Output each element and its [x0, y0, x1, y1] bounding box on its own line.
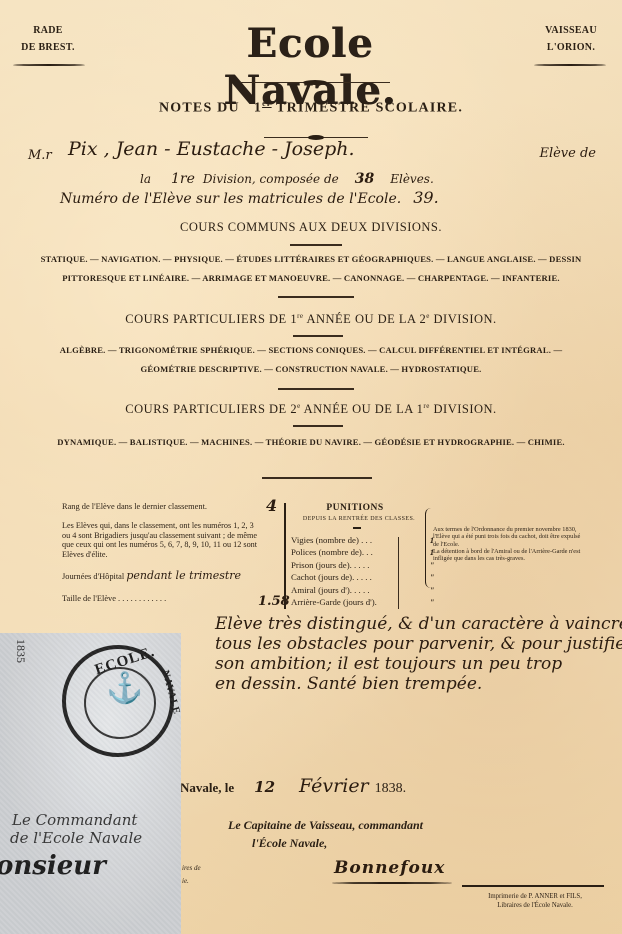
matricule-number: 39. [413, 188, 438, 207]
first-year-courses-line: GÉOMÉTRIE DESCRIPTIVE. — CONSTRUCTION NA… [10, 360, 612, 379]
brace [425, 508, 432, 588]
photo-handwriting-1: Le Commandant [12, 811, 137, 829]
printer-rule [462, 885, 604, 887]
punition-label: Polices (nombre de). . . [291, 546, 419, 558]
common-courses-line: PITTORESQUE ET LINÉAIRE. — ARRIMAGE ET M… [10, 269, 612, 288]
punition-label: Amiral (jours d'). . . . . [291, 584, 419, 596]
divider [278, 296, 354, 298]
printer-line: Imprimerie de P. ANNER et FILS, [455, 892, 615, 901]
left-fragment: ires de ie. [182, 862, 201, 888]
header-left-line2: DE BREST. [18, 39, 78, 56]
division-label: Division, composée de [203, 172, 339, 186]
trimester-heading-post: TRIMESTRE SCOLAIRE. [276, 101, 463, 116]
matricule-line: Numéro de l'Elève sur les matricules de … [60, 188, 580, 210]
margin-fragment: 1835 [13, 639, 28, 663]
punition-value: " [419, 584, 445, 596]
remarks-line: tous les obstacles pour parvenir, & pour… [215, 634, 622, 654]
punitions-notes: Aux termes de l'Ordonnance du premier no… [433, 526, 583, 562]
second-year-courses-line: DYNAMIQUE. — BALISTIQUE. — MACHINES. — T… [10, 433, 612, 452]
stamp-inner-ring [84, 667, 156, 739]
left-fragment-line: ires de [182, 862, 201, 875]
signature-underline [332, 882, 452, 884]
left-fragment-line: ie. [182, 875, 201, 888]
place-prefix: Navale, le [180, 780, 234, 795]
divider [278, 388, 354, 390]
header-left-line1: RADE [18, 22, 78, 39]
punition-label: Cachot (jours de). . . . . [291, 571, 419, 583]
second-year-courses-list: DYNAMIQUE. — BALISTIQUE. — MACHINES. — T… [10, 433, 612, 452]
printer-line: Libraires de l'École Navale. [455, 901, 615, 910]
ornament-swash [534, 62, 606, 68]
anchor-icon: ⚓ [106, 671, 143, 706]
trimester-ordinal: 1 [254, 101, 262, 116]
divider [262, 477, 372, 479]
date-day: 12 [254, 778, 275, 796]
eleves-label: Elèves. [390, 172, 434, 186]
trimester-heading: NOTES DU 1er TRIMESTRE SCOLAIRE. [0, 99, 622, 117]
eleve-de-label: Elève de [539, 146, 596, 161]
remarks-line: Elève très distingué, & d'un caractère à… [215, 614, 622, 634]
divider [290, 244, 342, 246]
divider [293, 335, 343, 337]
ranking-block: Rang de l'Elève dans le dernier classeme… [62, 502, 258, 604]
trimester-heading-pre: NOTES DU [159, 101, 240, 116]
header-left: RADE DE BREST. [18, 22, 78, 68]
punitions-title: PUNITIONS [290, 503, 420, 513]
common-courses-list: STATIQUE. — NAVIGATION. — PHYSIQUE. — ÉT… [10, 250, 612, 288]
signatory-line1: Le Capitaine de Vaisseau, commandant [228, 818, 423, 833]
hopital-line: Journées d'Hôpital pendant le trimestre [62, 571, 258, 582]
photo-handwriting-3: onsieur [0, 851, 106, 881]
printer-credit: Imprimerie de P. ANNER et FILS, Libraire… [455, 892, 615, 910]
mister-prefix: M.r [28, 148, 52, 163]
student-name: Pix , Jean - Eustache - Joseph. [68, 138, 355, 160]
second-year-courses-heading: COURS PARTICULIERS DE 2e ANNÉE OU DE LA … [0, 402, 622, 417]
punitions-subtitle: DEPUIS LA RENTRÉE DES CLASSES. [284, 516, 434, 522]
header-right-line2: L'ORION. [534, 39, 608, 56]
ornament-rule [240, 80, 390, 86]
common-courses-heading: COURS COMMUNS AUX DEUX DIVISIONS. [0, 220, 622, 235]
signature: Bonnefoux [334, 858, 445, 878]
heading-part: DIVISION. [430, 402, 497, 416]
remarks-line: en dessin. Santé bien trempée. [215, 674, 622, 694]
divider [353, 527, 361, 529]
rang-label: Rang de l'Elève dans le dernier classeme… [62, 502, 258, 512]
division-line: la 1re Division, composée de 38 Elèves. [140, 170, 580, 190]
first-year-courses-heading: COURS PARTICULIERS DE 1re ANNÉE OU DE LA… [0, 312, 622, 327]
inset-photo: 1835 ECOLE. NAVALE ⚓ Le Commandant de l'… [0, 633, 181, 934]
remarks: Elève très distingué, & d'un caractère à… [215, 614, 622, 694]
division-number: 1re [171, 171, 195, 187]
punitions-note-1: Aux termes de l'Ordonnance du premier no… [433, 526, 583, 548]
punition-label: Vigies (nombre de) . . . [291, 534, 419, 546]
heading-part: COURS PARTICULIERS DE 2 [125, 402, 297, 416]
heading-part: ANNÉE OU DE LA 2 [304, 312, 427, 326]
heading-part: DIVISION. [430, 312, 497, 326]
school-stamp: ECOLE. NAVALE ⚓ [62, 645, 174, 757]
date-month: Février [299, 775, 369, 797]
divider [293, 425, 343, 427]
ranking-note: Les Elèves qui, dans le classement, ont … [62, 521, 258, 559]
la-label: la [140, 172, 151, 186]
division-count: 38 [355, 171, 374, 187]
stamp-text-side: NAVALE [160, 669, 181, 716]
remarks-line: son ambition; il est toujours un peu tro… [215, 654, 622, 674]
punition-label: Prison (jours de). . . . . [291, 559, 419, 571]
header-right: VAISSEAU L'ORION. [534, 22, 608, 68]
trimester-ordinal-sup: er [262, 99, 272, 108]
first-year-courses-line: ALGÈBRE. — TRIGONOMÉTRIE SPHÉRIQUE. — SE… [10, 341, 612, 360]
student-name-line: M.r Pix , Jean - Eustache - Joseph. Elèv… [28, 138, 608, 168]
punition-label: Arrière-Garde (jours d'). [291, 596, 419, 608]
heading-part: ANNÉE OU DE LA 1 [301, 402, 424, 416]
vertical-rule [398, 537, 399, 609]
hopital-label: Journées d'Hôpital [62, 572, 124, 581]
date-year: 1838. [375, 781, 407, 796]
first-year-courses-list: ALGÈBRE. — TRIGONOMÉTRIE SPHÉRIQUE. — SE… [10, 341, 612, 379]
punition-value: " [419, 571, 445, 583]
stamp-text-top: ECOLE. [93, 644, 157, 679]
hopital-value: pendant le trimestre [126, 569, 241, 582]
taille-label: Taille de l'Elève . . . . . . . . . . . … [62, 594, 258, 604]
common-courses-line: STATIQUE. — NAVIGATION. — PHYSIQUE. — ÉT… [10, 250, 612, 269]
heading-part: COURS PARTICULIERS DE 1 [125, 312, 297, 326]
header-right-line1: VAISSEAU [534, 22, 608, 39]
signatory-line2: l'École Navale, [252, 836, 327, 851]
punitions-note-2: La détention à bord de l'Amiral ou de l'… [433, 548, 583, 563]
punition-value: " [419, 596, 445, 608]
matricule-text: Numéro de l'Elève sur les matricules de … [60, 191, 401, 207]
rang-value: 4 [266, 496, 277, 515]
ornament-swash [13, 62, 85, 68]
punition-row: Arrière-Garde (jours d')." [291, 596, 451, 608]
place-date-line: Navale, le 12 Février 1838. [180, 775, 600, 797]
photo-handwriting-2: de l'Ecole Navale [10, 829, 142, 847]
